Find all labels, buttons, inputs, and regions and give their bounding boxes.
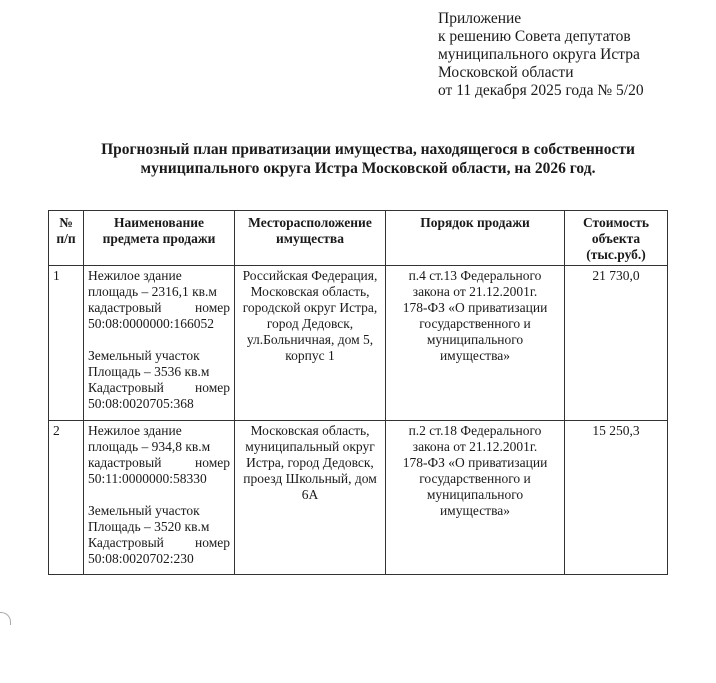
building-cad-number: 50:08:0000000:166052 bbox=[88, 316, 230, 332]
row-property-name: Нежилое здание площадь – 934,8 кв.м када… bbox=[84, 421, 235, 575]
annex-header: Приложение к решению Совета депутатов му… bbox=[438, 10, 644, 100]
header-text: Порядок продажи bbox=[390, 215, 560, 231]
building-cad-label: кадастровый номер bbox=[88, 455, 230, 471]
order-line: 178-ФЗ «О приватизации bbox=[390, 300, 560, 316]
table-row: 2 Нежилое здание площадь – 934,8 кв.м ка… bbox=[49, 421, 668, 575]
header-text: Месторасположение bbox=[239, 215, 381, 231]
land-cad-label: Кадастровый номер bbox=[88, 535, 230, 551]
land-area: Площадь – 3520 кв.м bbox=[88, 519, 230, 535]
building-area: площадь – 2316,1 кв.м bbox=[88, 284, 230, 300]
location-line: городской округ Истра, bbox=[239, 300, 381, 316]
order-line: государственного и bbox=[390, 471, 560, 487]
cad-label: номер bbox=[195, 535, 230, 551]
header-text: Стоимость bbox=[569, 215, 663, 231]
privatization-table: № п/п Наименование предмета продажи Мест… bbox=[48, 210, 668, 575]
annex-line: к решению Совета депутатов bbox=[438, 28, 644, 46]
order-line: государственного и bbox=[390, 316, 560, 332]
row-location: Московская область, муниципальный округ … bbox=[235, 421, 386, 575]
land-area: Площадь – 3536 кв.м bbox=[88, 364, 230, 380]
location-line: Московская область, bbox=[239, 284, 381, 300]
header-text: № bbox=[53, 215, 79, 231]
annex-line: Приложение bbox=[438, 10, 644, 28]
location-line: 6А bbox=[239, 487, 381, 503]
order-line: п.4 ст.13 Федерального bbox=[390, 268, 560, 284]
header-cost: Стоимость объекта (тыс.руб.) bbox=[565, 211, 668, 266]
annex-line: муниципального округа Истра bbox=[438, 46, 644, 64]
row-sale-order: п.4 ст.13 Федерального закона от 21.12.2… bbox=[386, 266, 565, 421]
cad-word: Кадастровый bbox=[88, 380, 164, 396]
building-cad-label: кадастровый номер bbox=[88, 300, 230, 316]
row-sale-order: п.2 ст.18 Федерального закона от 21.12.2… bbox=[386, 421, 565, 575]
cad-word: Кадастровый bbox=[88, 535, 164, 551]
header-text: п/п bbox=[53, 231, 79, 247]
table-row: 1 Нежилое здание площадь – 2316,1 кв.м к… bbox=[49, 266, 668, 421]
header-location: Месторасположение имущества bbox=[235, 211, 386, 266]
order-line: закона от 21.12.2001г. bbox=[390, 284, 560, 300]
order-line: закона от 21.12.2001г. bbox=[390, 439, 560, 455]
spacer bbox=[88, 487, 230, 503]
row-property-name: Нежилое здание площадь – 2316,1 кв.м кад… bbox=[84, 266, 235, 421]
header-text: (тыс.руб.) bbox=[569, 247, 663, 263]
location-line: Истра, город Дедовск, bbox=[239, 455, 381, 471]
document-title: Прогнозный план приватизации имущества, … bbox=[60, 140, 676, 178]
header-text: Наименование bbox=[88, 215, 230, 231]
order-line: муниципального bbox=[390, 487, 560, 503]
order-line: муниципального bbox=[390, 332, 560, 348]
location-line: Московская область, bbox=[239, 423, 381, 439]
location-line: муниципальный округ bbox=[239, 439, 381, 455]
row-cost: 15 250,3 bbox=[565, 421, 668, 575]
order-line: п.2 ст.18 Федерального bbox=[390, 423, 560, 439]
header-sale-order: Порядок продажи bbox=[386, 211, 565, 266]
land-title: Земельный участок bbox=[88, 503, 230, 519]
land-cad-number: 50:08:0020702:230 bbox=[88, 551, 230, 567]
location-line: город Дедовск, bbox=[239, 316, 381, 332]
cad-label: номер bbox=[195, 300, 230, 316]
title-line: муниципального округа Истра Московской о… bbox=[60, 159, 676, 178]
header-text: объекта bbox=[569, 231, 663, 247]
land-title: Земельный участок bbox=[88, 348, 230, 364]
building-title: Нежилое здание bbox=[88, 268, 230, 284]
land-cad-number: 50:08:0020705:368 bbox=[88, 396, 230, 412]
building-title: Нежилое здание bbox=[88, 423, 230, 439]
order-line: имущества» bbox=[390, 348, 560, 364]
scan-mark bbox=[0, 612, 11, 625]
location-line: Российская Федерация, bbox=[239, 268, 381, 284]
cad-label: номер bbox=[195, 455, 230, 471]
order-line: 178-ФЗ «О приватизации bbox=[390, 455, 560, 471]
annex-line: Московской области bbox=[438, 64, 644, 82]
row-number: 2 bbox=[49, 421, 84, 575]
annex-line: от 11 декабря 2025 года № 5/20 bbox=[438, 82, 644, 100]
row-location: Российская Федерация, Московская область… bbox=[235, 266, 386, 421]
building-cad-number: 50:11:0000000:58330 bbox=[88, 471, 230, 487]
header-text: предмета продажи bbox=[88, 231, 230, 247]
order-line: имущества» bbox=[390, 503, 560, 519]
header-number: № п/п bbox=[49, 211, 84, 266]
location-line: ул.Больничная, дом 5, bbox=[239, 332, 381, 348]
title-line: Прогнозный план приватизации имущества, … bbox=[60, 140, 676, 159]
header-name: Наименование предмета продажи bbox=[84, 211, 235, 266]
location-line: корпус 1 bbox=[239, 348, 381, 364]
table-header-row: № п/п Наименование предмета продажи Мест… bbox=[49, 211, 668, 266]
land-cad-label: Кадастровый номер bbox=[88, 380, 230, 396]
row-number: 1 bbox=[49, 266, 84, 421]
spacer bbox=[88, 332, 230, 348]
building-area: площадь – 934,8 кв.м bbox=[88, 439, 230, 455]
cad-label: номер bbox=[195, 380, 230, 396]
location-line: проезд Школьный, дом bbox=[239, 471, 381, 487]
cad-word: кадастровый bbox=[88, 455, 161, 471]
cad-word: кадастровый bbox=[88, 300, 161, 316]
header-text: имущества bbox=[239, 231, 381, 247]
row-cost: 21 730,0 bbox=[565, 266, 668, 421]
